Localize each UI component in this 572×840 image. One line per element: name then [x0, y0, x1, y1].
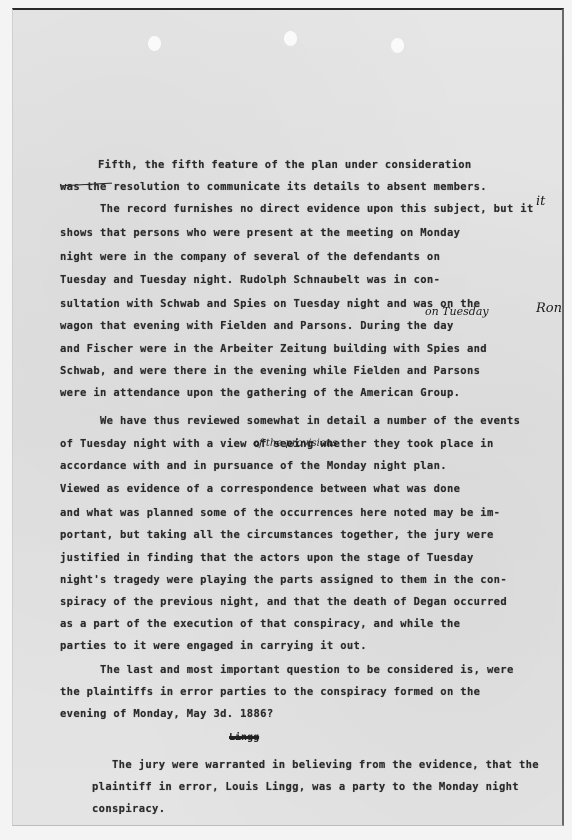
text-line: as a part of the execution of that consp… [60, 618, 460, 630]
text-line: wagon that evening with Fielden and Pars… [60, 320, 454, 332]
punch-hole-center [284, 31, 297, 46]
text-line: The jury were warranted in believing fro… [112, 759, 539, 771]
text-line: Schwab, and were there in the evening wh… [60, 365, 480, 377]
struck-out-heading: Lingg [229, 732, 259, 743]
text-line: The record furnishes no direct evidence … [100, 203, 534, 215]
text-line: Tuesday and Tuesday night. Rudolph Schna… [60, 274, 440, 286]
text-line: and Fischer were in the Arbeiter Zeitung… [60, 343, 487, 355]
text-line: portant, but taking all the circumstance… [60, 529, 494, 541]
text-line: We have thus reviewed somewhat in detail… [100, 415, 520, 427]
handwritten-insertion: on Tuesday [425, 305, 489, 318]
text-line: was the resolution to communicate its de… [60, 181, 487, 193]
handwritten-annotation: it [536, 194, 545, 209]
text-line: conspiracy. [92, 803, 165, 815]
text-line: night were in the company of several of … [60, 251, 440, 263]
text-line: the plaintiffs in error parties to the c… [60, 686, 480, 698]
text-line: The last and most important question to … [100, 664, 514, 676]
text-line: and what was planned some of the occurre… [60, 507, 500, 519]
text-line: spiracy of the previous night, and that … [60, 596, 507, 608]
punch-hole-left [148, 36, 161, 51]
text-line: evening of Monday, May 3d. 1886? [60, 708, 274, 720]
handwritten-margin-name: Ron [536, 301, 562, 316]
punch-hole-right [391, 38, 404, 53]
scanned-document-page: Fifth, the fifth feature of the plan und… [12, 8, 564, 826]
text-line: accordance with and in pursuance of the … [60, 460, 447, 472]
text-line: justified in finding that the actors upo… [60, 552, 474, 564]
text-line: were in attendance upon the gathering of… [60, 387, 460, 399]
text-line: plaintiff in error, Louis Lingg, was a p… [92, 781, 519, 793]
text-line: night's tragedy were playing the parts a… [60, 574, 507, 586]
text-line: sultation with Schwab and Spies on Tuesd… [60, 298, 480, 310]
text-line: Viewed as evidence of a correspondence b… [60, 483, 460, 495]
text-line: Fifth, the fifth feature of the plan und… [98, 159, 472, 171]
handwritten-insertion: of the provisions [253, 438, 337, 449]
text-line: parties to it were engaged in carrying i… [60, 640, 367, 652]
text-line: shows that persons who were present at t… [60, 227, 460, 239]
